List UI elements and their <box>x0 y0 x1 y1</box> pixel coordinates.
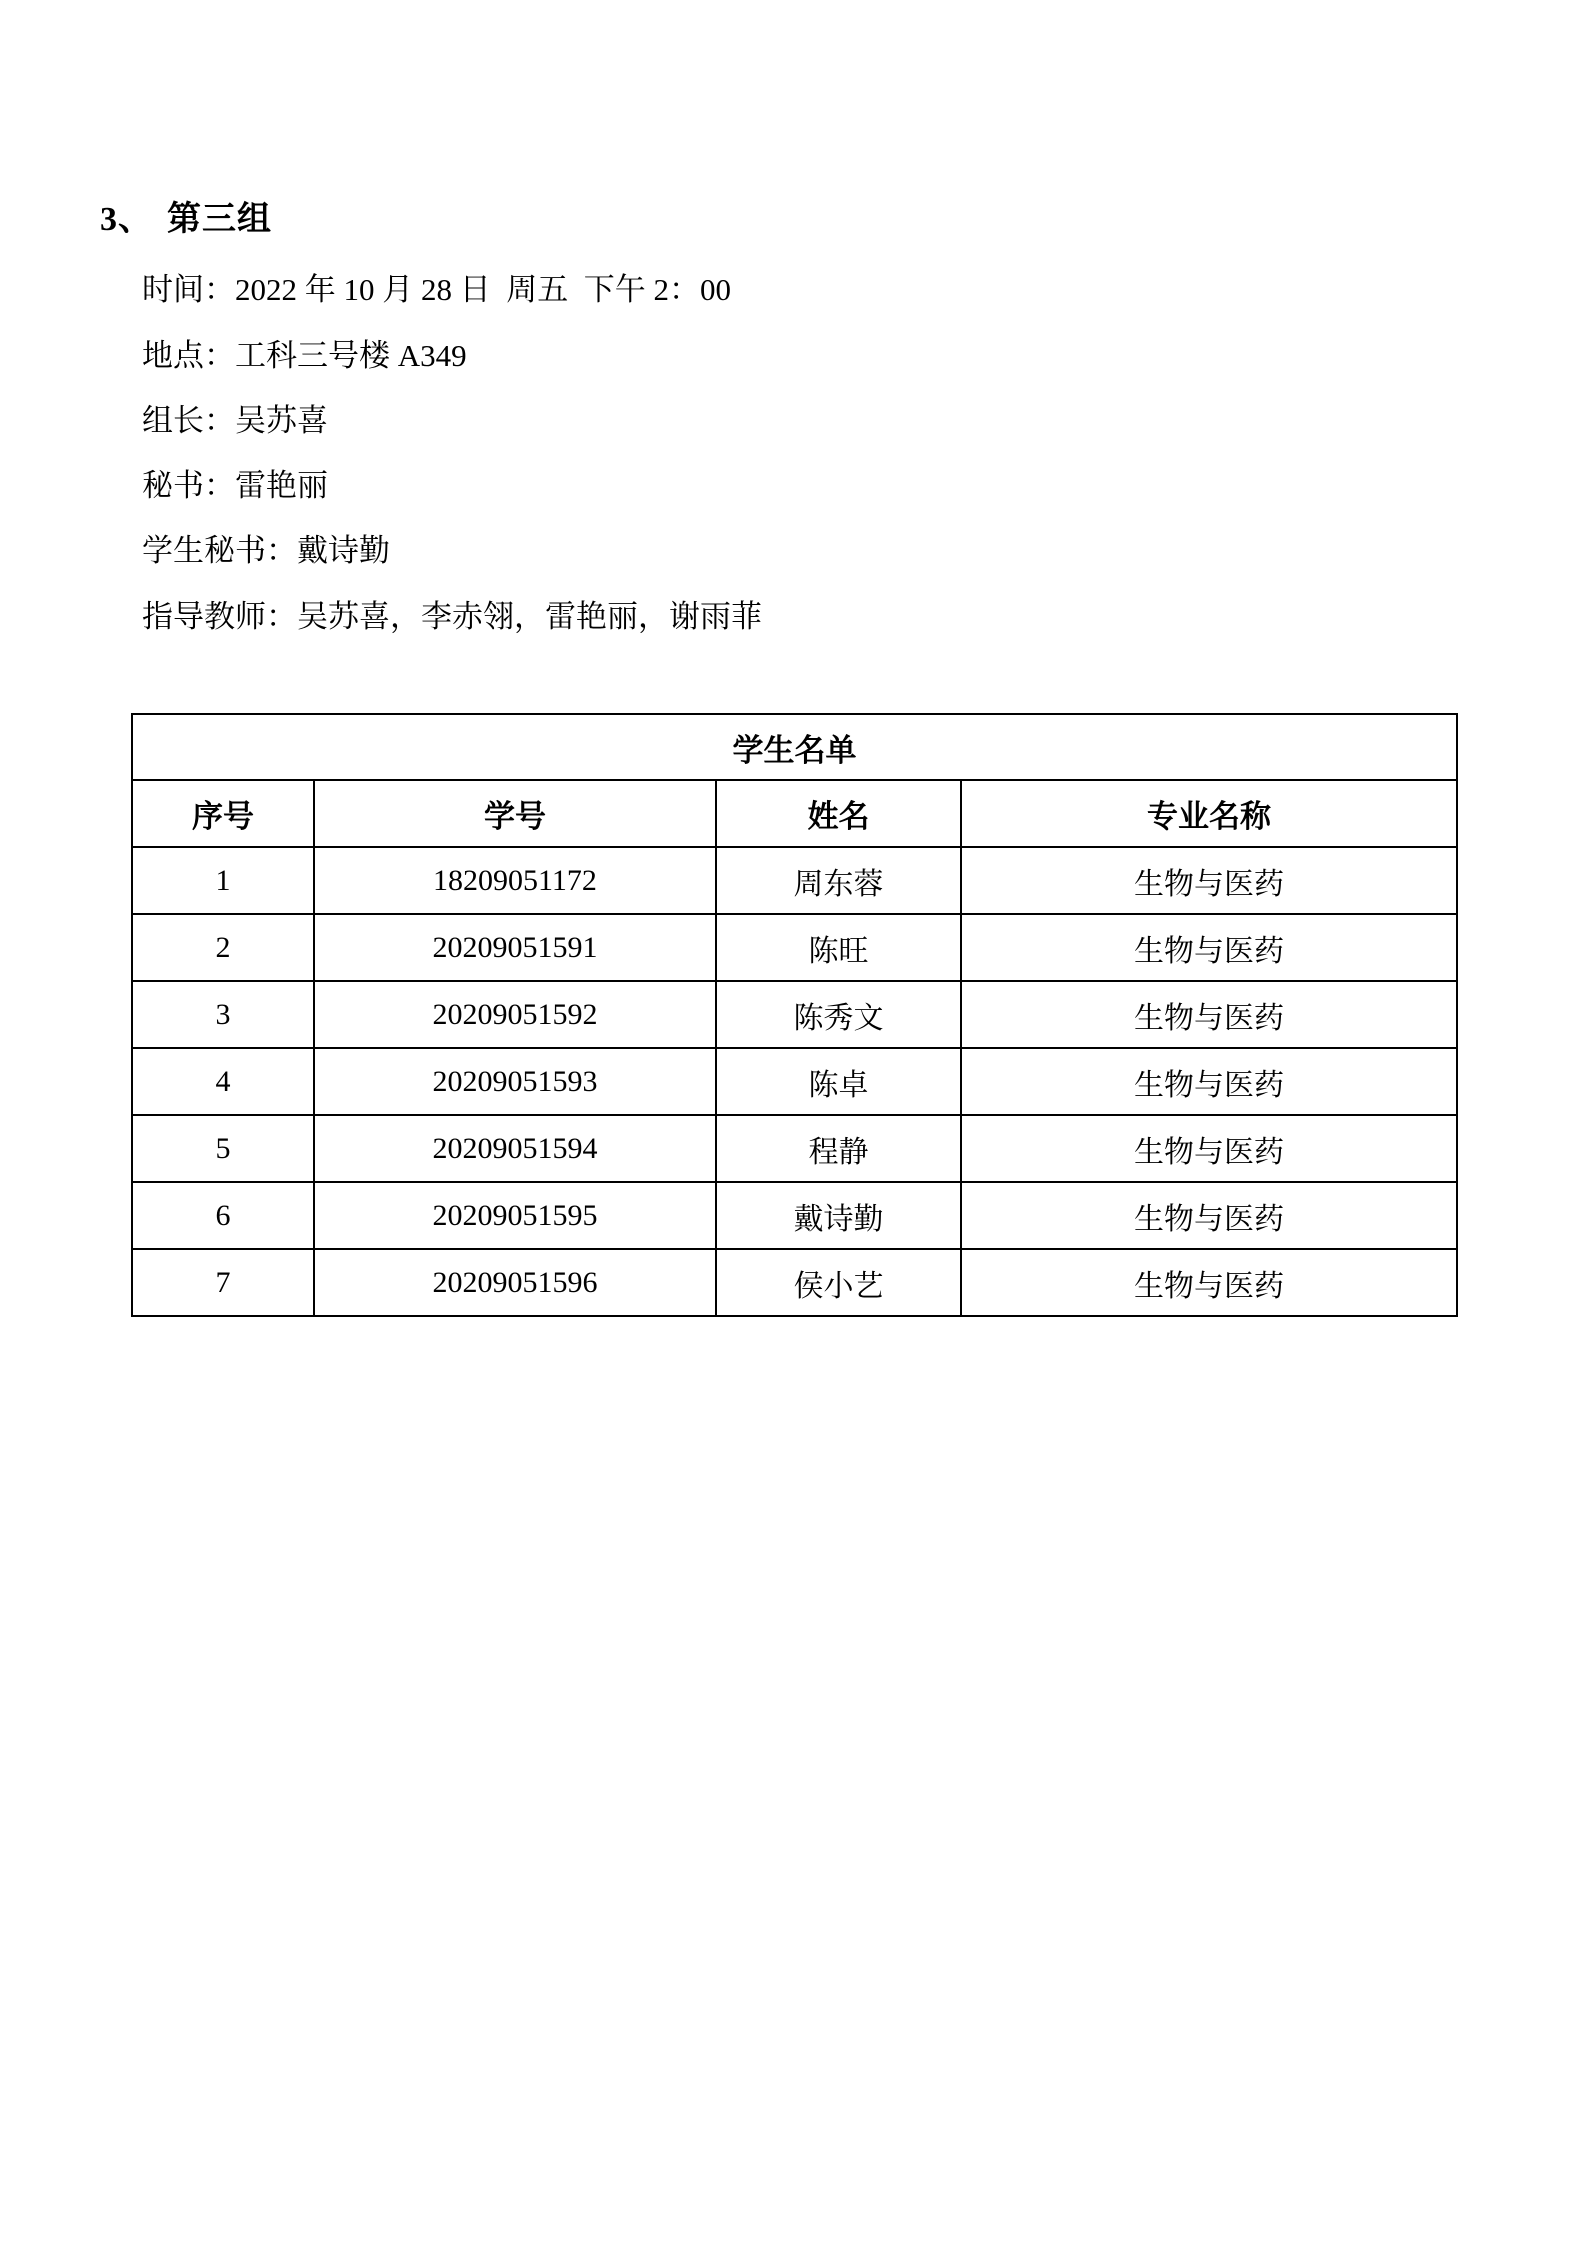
cell-no: 4 <box>132 1048 314 1115</box>
cell-name: 戴诗勤 <box>716 1182 961 1249</box>
heading-title: 第三组 <box>167 201 272 238</box>
cell-name: 陈旺 <box>716 914 961 981</box>
cell-major: 生物与医药 <box>961 1115 1457 1182</box>
table-row: 1 18209051172 周东蓉 生物与医药 <box>132 847 1457 914</box>
info-line-secretary: 秘书：雷艳丽 <box>142 469 328 503</box>
cell-student-id: 20209051596 <box>314 1249 716 1316</box>
info-line-location: 地点：工科三号楼 A349 <box>142 339 467 373</box>
cell-no: 5 <box>132 1115 314 1182</box>
table-title-row: 学生名单 <box>132 714 1457 780</box>
table-row: 3 20209051592 陈秀文 生物与医药 <box>132 981 1457 1048</box>
info-line-time: 时间：2022 年 10 月 28 日 周五 下午 2：00 <box>142 273 731 307</box>
cell-major: 生物与医药 <box>961 847 1457 914</box>
heading-number: 3、 <box>100 201 153 238</box>
table-row: 6 20209051595 戴诗勤 生物与医药 <box>132 1182 1457 1249</box>
table-row: 4 20209051593 陈卓 生物与医药 <box>132 1048 1457 1115</box>
cell-major: 生物与医药 <box>961 1182 1457 1249</box>
column-header-no: 序号 <box>132 780 314 847</box>
section-heading: 3、第三组 <box>100 203 272 237</box>
cell-name: 程静 <box>716 1115 961 1182</box>
cell-name: 陈秀文 <box>716 981 961 1048</box>
cell-name: 周东蓉 <box>716 847 961 914</box>
info-line-advisors: 指导教师：吴苏喜，李赤翎，雷艳丽，谢雨菲 <box>142 600 762 634</box>
cell-no: 6 <box>132 1182 314 1249</box>
cell-major: 生物与医药 <box>961 981 1457 1048</box>
cell-student-id: 18209051172 <box>314 847 716 914</box>
table-row: 2 20209051591 陈旺 生物与医药 <box>132 914 1457 981</box>
student-roster-table: 学生名单 序号 学号 姓名 专业名称 1 18209051172 周东蓉 生物与… <box>131 713 1458 1317</box>
cell-no: 3 <box>132 981 314 1048</box>
cell-name: 侯小艺 <box>716 1249 961 1316</box>
cell-major: 生物与医药 <box>961 1048 1457 1115</box>
document-page: 3、第三组 时间：2022 年 10 月 28 日 周五 下午 2：00 地点：… <box>0 0 1587 2245</box>
table-title: 学生名单 <box>132 714 1457 780</box>
table-row: 5 20209051594 程静 生物与医药 <box>132 1115 1457 1182</box>
cell-no: 2 <box>132 914 314 981</box>
cell-no: 1 <box>132 847 314 914</box>
cell-student-id: 20209051593 <box>314 1048 716 1115</box>
info-line-group-leader: 组长：吴苏喜 <box>142 404 328 438</box>
cell-no: 7 <box>132 1249 314 1316</box>
cell-major: 生物与医药 <box>961 1249 1457 1316</box>
column-header-major: 专业名称 <box>961 780 1457 847</box>
column-header-name: 姓名 <box>716 780 961 847</box>
cell-student-id: 20209051592 <box>314 981 716 1048</box>
cell-student-id: 20209051594 <box>314 1115 716 1182</box>
cell-major: 生物与医药 <box>961 914 1457 981</box>
cell-name: 陈卓 <box>716 1048 961 1115</box>
cell-student-id: 20209051591 <box>314 914 716 981</box>
info-line-student-secretary: 学生秘书：戴诗勤 <box>142 534 390 568</box>
column-header-student-id: 学号 <box>314 780 716 847</box>
table-row: 7 20209051596 侯小艺 生物与医药 <box>132 1249 1457 1316</box>
cell-student-id: 20209051595 <box>314 1182 716 1249</box>
table-header-row: 序号 学号 姓名 专业名称 <box>132 780 1457 847</box>
